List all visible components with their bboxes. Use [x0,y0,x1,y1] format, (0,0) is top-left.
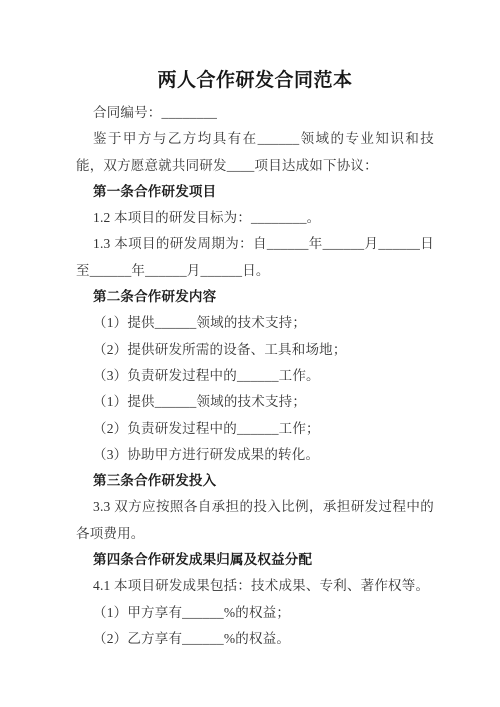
section-2-heading: 第二条合作研发内容 [76,284,434,310]
section-4-heading: 第四条合作研发成果归属及权益分配 [76,547,434,573]
document-title: 两人合作研发合同范本 [76,70,434,92]
section-2-item: （2）提供研发所需的设备、工具和场地； [76,337,434,363]
contract-number-line: 合同编号：________ [76,100,434,126]
section-2-item: （2）负责研发过程中的______工作； [76,416,434,442]
section-1-heading: 第一条合作研发项目 [76,179,434,205]
section-2-item: （3）负责研发过程中的______工作。 [76,363,434,389]
section-3-heading: 第三条合作研发投入 [76,468,434,494]
section-1-item: 1.3 本项目的研发周期为：自______年______月______日至___… [76,231,434,284]
section-1-item: 1.2 本项目的研发目标为：________。 [76,205,434,231]
section-2-item: （1）提供______领域的技术支持； [76,389,434,415]
preamble-paragraph: 鉴于甲方与乙方均具有在______领域的专业知识和技能，双方愿意就共同研发___… [76,126,434,179]
section-4-item: （2）乙方享有______%的权益。 [76,626,434,652]
section-4-item: （1）甲方享有______%的权益； [76,600,434,626]
section-2-item: （1）提供______领域的技术支持； [76,310,434,336]
contract-document-page: 两人合作研发合同范本 合同编号：________ 鉴于甲方与乙方均具有在____… [0,0,500,707]
section-4-item: 4.1 本项目研发成果包括：技术成果、专利、著作权等。 [76,573,434,599]
section-2-item: （3）协助甲方进行研发成果的转化。 [76,442,434,468]
section-3-item: 3.3 双方应按照各自承担的投入比例，承担研发过程中的各项费用。 [76,494,434,547]
